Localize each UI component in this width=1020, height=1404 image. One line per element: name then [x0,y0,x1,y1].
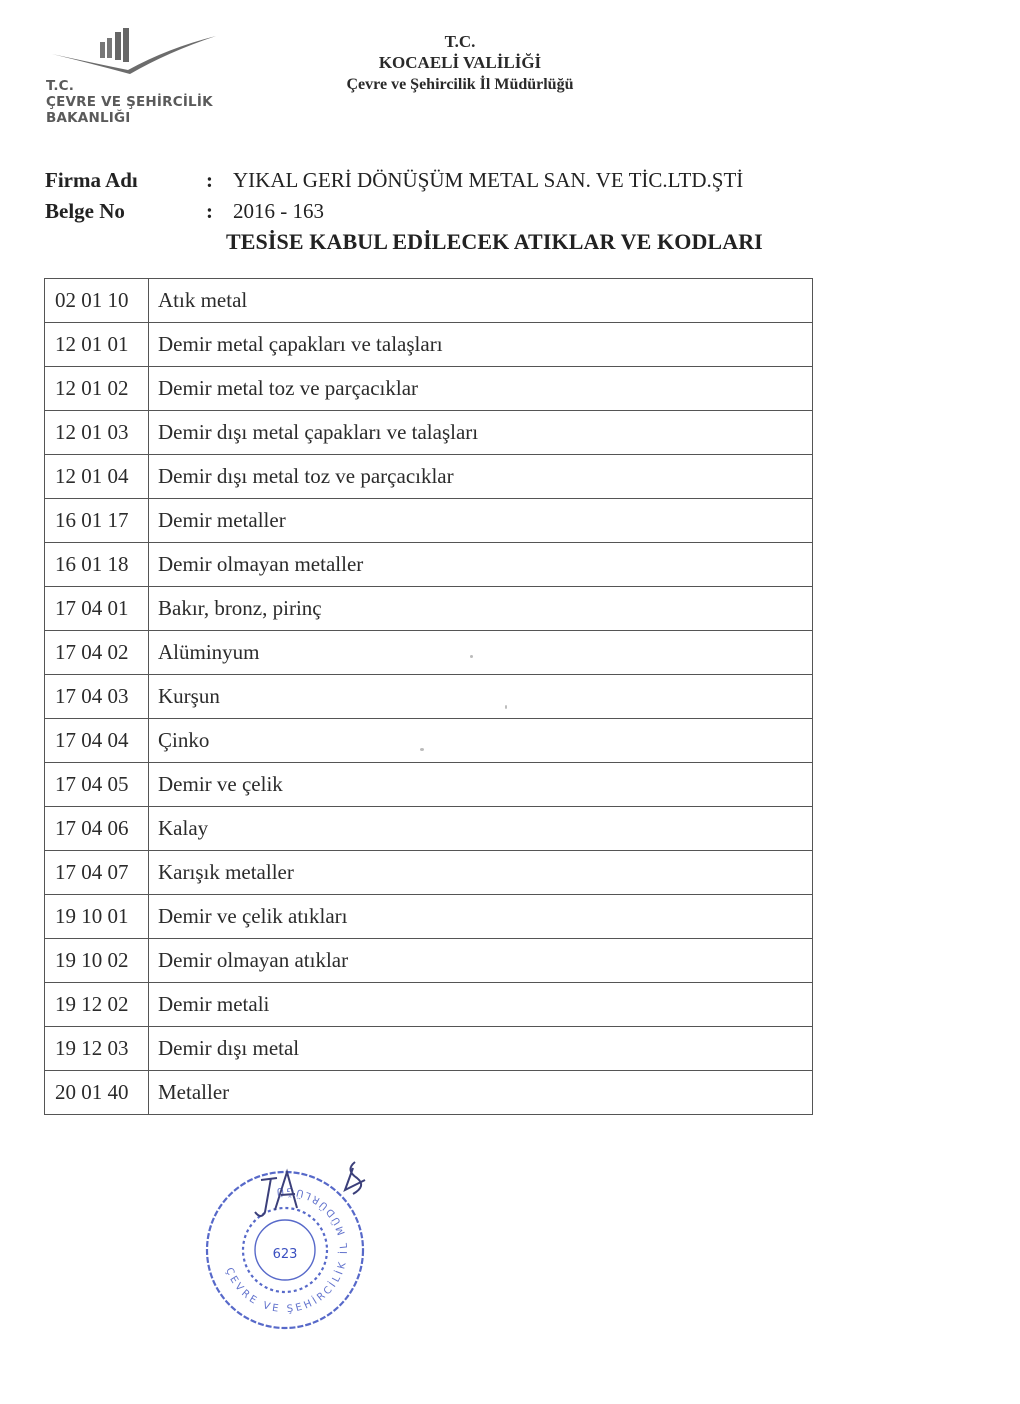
scan-artifact [420,748,424,751]
waste-description-cell: Karışık metaller [149,851,813,895]
table-row: 17 04 05Demir ve çelik [45,763,813,807]
waste-code-cell: 17 04 02 [45,631,149,675]
company-label: Firma Adı [45,168,138,193]
table-row: 19 10 02Demir olmayan atıklar [45,939,813,983]
waste-description-cell: Bakır, bronz, pirinç [149,587,813,631]
waste-description-cell: Demir ve çelik atıkları [149,895,813,939]
table-row: 12 01 01Demir metal çapakları ve talaşla… [45,323,813,367]
table-row: 16 01 18Demir olmayan metaller [45,543,813,587]
header-line-directorate: Çevre ve Şehircilik İl Müdürlüğü [300,74,620,96]
waste-codes-table: 02 01 10Atık metal12 01 01Demir metal ça… [44,278,813,1115]
waste-description-cell: Demir dışı metal çapakları ve talaşları [149,411,813,455]
waste-code-cell: 12 01 01 [45,323,149,367]
table-row: 12 01 04Demir dışı metal toz ve parçacık… [45,455,813,499]
table-row: 17 04 04Çinko [45,719,813,763]
table-row: 17 04 07Karışık metaller [45,851,813,895]
svg-text:623: 623 [273,1247,298,1262]
header-line-tc: T.C. [300,32,620,52]
table-row: 12 01 02Demir metal toz ve parçacıklar [45,367,813,411]
scan-artifact [505,705,507,709]
page-title: TESİSE KABUL EDİLECEK ATIKLAR VE KODLARI [226,229,763,255]
table-row: 16 01 17Demir metaller [45,499,813,543]
ministry-logo-text: T.C. ÇEVRE VE ŞEHİRCİLİK BAKANLIĞI [46,78,213,126]
table-row: 17 04 06Kalay [45,807,813,851]
waste-code-cell: 19 12 03 [45,1027,149,1071]
company-value: YIKAL GERİ DÖNÜŞÜM METAL SAN. VE TİC.LTD… [233,168,743,193]
document-header: T.C. KOCAELİ VALİLİĞİ Çevre ve Şehircili… [300,32,620,96]
table-row: 20 01 40Metaller [45,1071,813,1115]
table-row: 17 04 02Alüminyum [45,631,813,675]
waste-code-cell: 19 10 01 [45,895,149,939]
waste-description-cell: Alüminyum [149,631,813,675]
document-number-label: Belge No [45,199,125,224]
header-line-governorship: KOCAELİ VALİLİĞİ [300,52,620,74]
waste-description-cell: Kalay [149,807,813,851]
waste-code-cell: 12 01 02 [45,367,149,411]
waste-code-cell: 17 04 01 [45,587,149,631]
waste-description-cell: Demir metal toz ve parçacıklar [149,367,813,411]
waste-code-cell: 17 04 04 [45,719,149,763]
waste-code-cell: 16 01 18 [45,543,149,587]
waste-description-cell: Atık metal [149,279,813,323]
logo-line: T.C. [46,78,213,94]
waste-code-cell: 02 01 10 [45,279,149,323]
waste-code-cell: 12 01 04 [45,455,149,499]
handwritten-signature-icon [255,1162,365,1216]
table-row: 19 12 03Demir dışı metal [45,1027,813,1071]
waste-description-cell: Demir metal çapakları ve talaşları [149,323,813,367]
ministry-logo: T.C. ÇEVRE VE ŞEHİRCİLİK BAKANLIĞI [38,24,238,124]
table-row: 02 01 10Atık metal [45,279,813,323]
table-row: 19 12 02Demir metali [45,983,813,1027]
separator: : [206,199,213,224]
waste-description-cell: Demir olmayan metaller [149,543,813,587]
waste-description-cell: Kurşun [149,675,813,719]
table-row: 12 01 03Demir dışı metal çapakları ve ta… [45,411,813,455]
waste-code-cell: 19 12 02 [45,983,149,1027]
waste-description-cell: Demir metali [149,983,813,1027]
waste-description-cell: Demir dışı metal [149,1027,813,1071]
waste-description-cell: Demir dışı metal toz ve parçacıklar [149,455,813,499]
official-seal-stamp-icon: 623 ÇEVRE VE ŞEHİRCİLİK İL MÜDÜRLÜĞÜ [195,1150,425,1340]
waste-code-cell: 20 01 40 [45,1071,149,1115]
waste-code-cell: 17 04 03 [45,675,149,719]
logo-line: ÇEVRE VE ŞEHİRCİLİK [46,94,213,110]
waste-code-cell: 16 01 17 [45,499,149,543]
waste-description-cell: Demir olmayan atıklar [149,939,813,983]
waste-code-cell: 17 04 05 [45,763,149,807]
document-number-value: 2016 - 163 [233,199,324,224]
waste-code-cell: 12 01 03 [45,411,149,455]
waste-code-cell: 17 04 07 [45,851,149,895]
ministry-building-swoosh-icon [38,24,238,80]
waste-code-cell: 17 04 06 [45,807,149,851]
waste-code-cell: 19 10 02 [45,939,149,983]
waste-description-cell: Demir metaller [149,499,813,543]
logo-line: BAKANLIĞI [46,110,213,126]
table-row: 19 10 01Demir ve çelik atıkları [45,895,813,939]
table-row: 17 04 03Kurşun [45,675,813,719]
waste-description-cell: Demir ve çelik [149,763,813,807]
table-row: 17 04 01Bakır, bronz, pirinç [45,587,813,631]
separator: : [206,168,213,193]
scan-artifact [470,655,473,658]
waste-description-cell: Çinko [149,719,813,763]
waste-description-cell: Metaller [149,1071,813,1115]
